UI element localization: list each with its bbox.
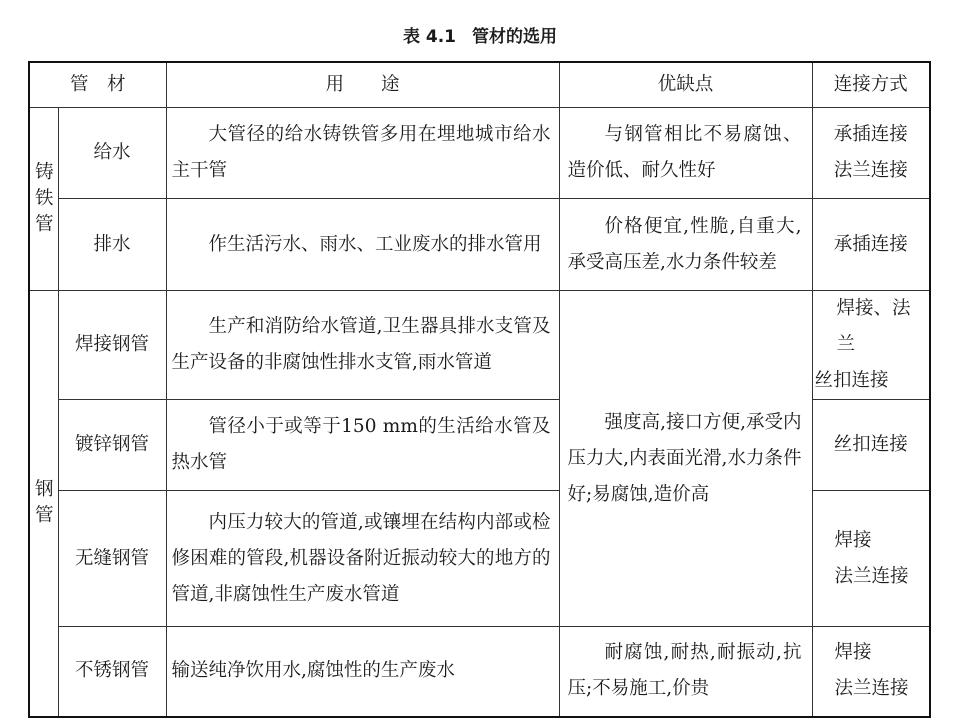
table-number: 表 4.1: [403, 27, 456, 47]
connection-method: 焊接、法兰: [815, 291, 926, 363]
usage-cell: 大管径的给水铸铁管多用在埋地城市给水主干管: [166, 108, 559, 199]
header-material: 管 材: [29, 62, 166, 108]
connection-method: 丝扣连接: [815, 363, 926, 399]
table-row: 铸铁管 给水 大管径的给水铸铁管多用在埋地城市给水主干管 与钢管相比不易腐蚀、造…: [29, 108, 930, 199]
header-pros-cons: 优缺点: [559, 62, 812, 108]
header-usage: 用 途: [166, 62, 559, 108]
connection-cell: 焊接 法兰连接: [812, 627, 930, 717]
table-title: 管材的选用: [472, 27, 557, 47]
pros-cons-cell: 价格便宜,性脆,自重大,承受高压差,水力条件较差: [559, 199, 812, 291]
pipe-type: 不锈钢管: [58, 627, 166, 717]
pros-cons-cell: 耐腐蚀,耐热,耐振动,抗压;不易施工,价贵: [559, 627, 812, 717]
connection-method: 焊接: [835, 635, 926, 671]
usage-cell: 输送纯净饮用水,腐蚀性的生产废水: [166, 627, 559, 717]
connection-cell: 焊接 法兰连接: [812, 491, 930, 627]
connection-method: 丝扣连接: [817, 427, 926, 463]
header-row: 管 材 用 途 优缺点 连接方式: [29, 62, 930, 108]
pipe-type: 排水: [58, 199, 166, 291]
table-row: 不锈钢管 输送纯净饮用水,腐蚀性的生产废水 耐腐蚀,耐热,耐振动,抗压;不易施工…: [29, 627, 930, 717]
connection-method: 法兰连接: [835, 671, 926, 707]
pros-cons-cell: 与钢管相比不易腐蚀、造价低、耐久性好: [559, 108, 812, 199]
pipe-type: 焊接钢管: [58, 291, 166, 400]
connection-method: 法兰连接: [817, 153, 926, 189]
usage-cell: 管径小于或等于150 mm的生活给水管及热水管: [166, 400, 559, 491]
pipe-type: 镀锌钢管: [58, 400, 166, 491]
usage-cell: 内压力较大的管道,或镶埋在结构内部或检修困难的管段,机器设备附近振动较大的地方的…: [166, 491, 559, 627]
connection-method: 承插连接: [817, 117, 926, 153]
pipe-selection-table: 管 材 用 途 优缺点 连接方式 铸铁管 给水 大管径的给水铸铁管多用在埋地城市…: [28, 61, 931, 718]
connection-cell: 丝扣连接: [812, 400, 930, 491]
connection-cell: 承插连接 法兰连接: [812, 108, 930, 199]
usage-cell: 作生活污水、雨水、工业废水的排水管用: [166, 199, 559, 291]
connection-method: 法兰连接: [835, 559, 926, 595]
table-caption: 表 4.1管材的选用: [0, 22, 960, 47]
usage-cell: 生产和消防给水管道,卫生器具排水支管及生产设备的非腐蚀性排水支管,雨水管道: [166, 291, 559, 400]
connection-method: 焊接: [835, 523, 926, 559]
category-steel: 钢管: [29, 291, 58, 717]
pipe-type: 给水: [58, 108, 166, 199]
table-row: 排水 作生活污水、雨水、工业废水的排水管用 价格便宜,性脆,自重大,承受高压差,…: [29, 199, 930, 291]
header-connection: 连接方式: [812, 62, 930, 108]
pipe-type: 无缝钢管: [58, 491, 166, 627]
category-cast-iron: 铸铁管: [29, 108, 58, 291]
connection-cell: 焊接、法兰 丝扣连接: [812, 291, 930, 400]
table-row: 钢管 焊接钢管 生产和消防给水管道,卫生器具排水支管及生产设备的非腐蚀性排水支管…: [29, 291, 930, 400]
pros-cons-cell-shared: 强度高,接口方便,承受内压力大,内表面光滑,水力条件好;易腐蚀,造价高: [559, 291, 812, 627]
connection-cell: 承插连接: [812, 199, 930, 291]
connection-method: 承插连接: [817, 227, 926, 263]
